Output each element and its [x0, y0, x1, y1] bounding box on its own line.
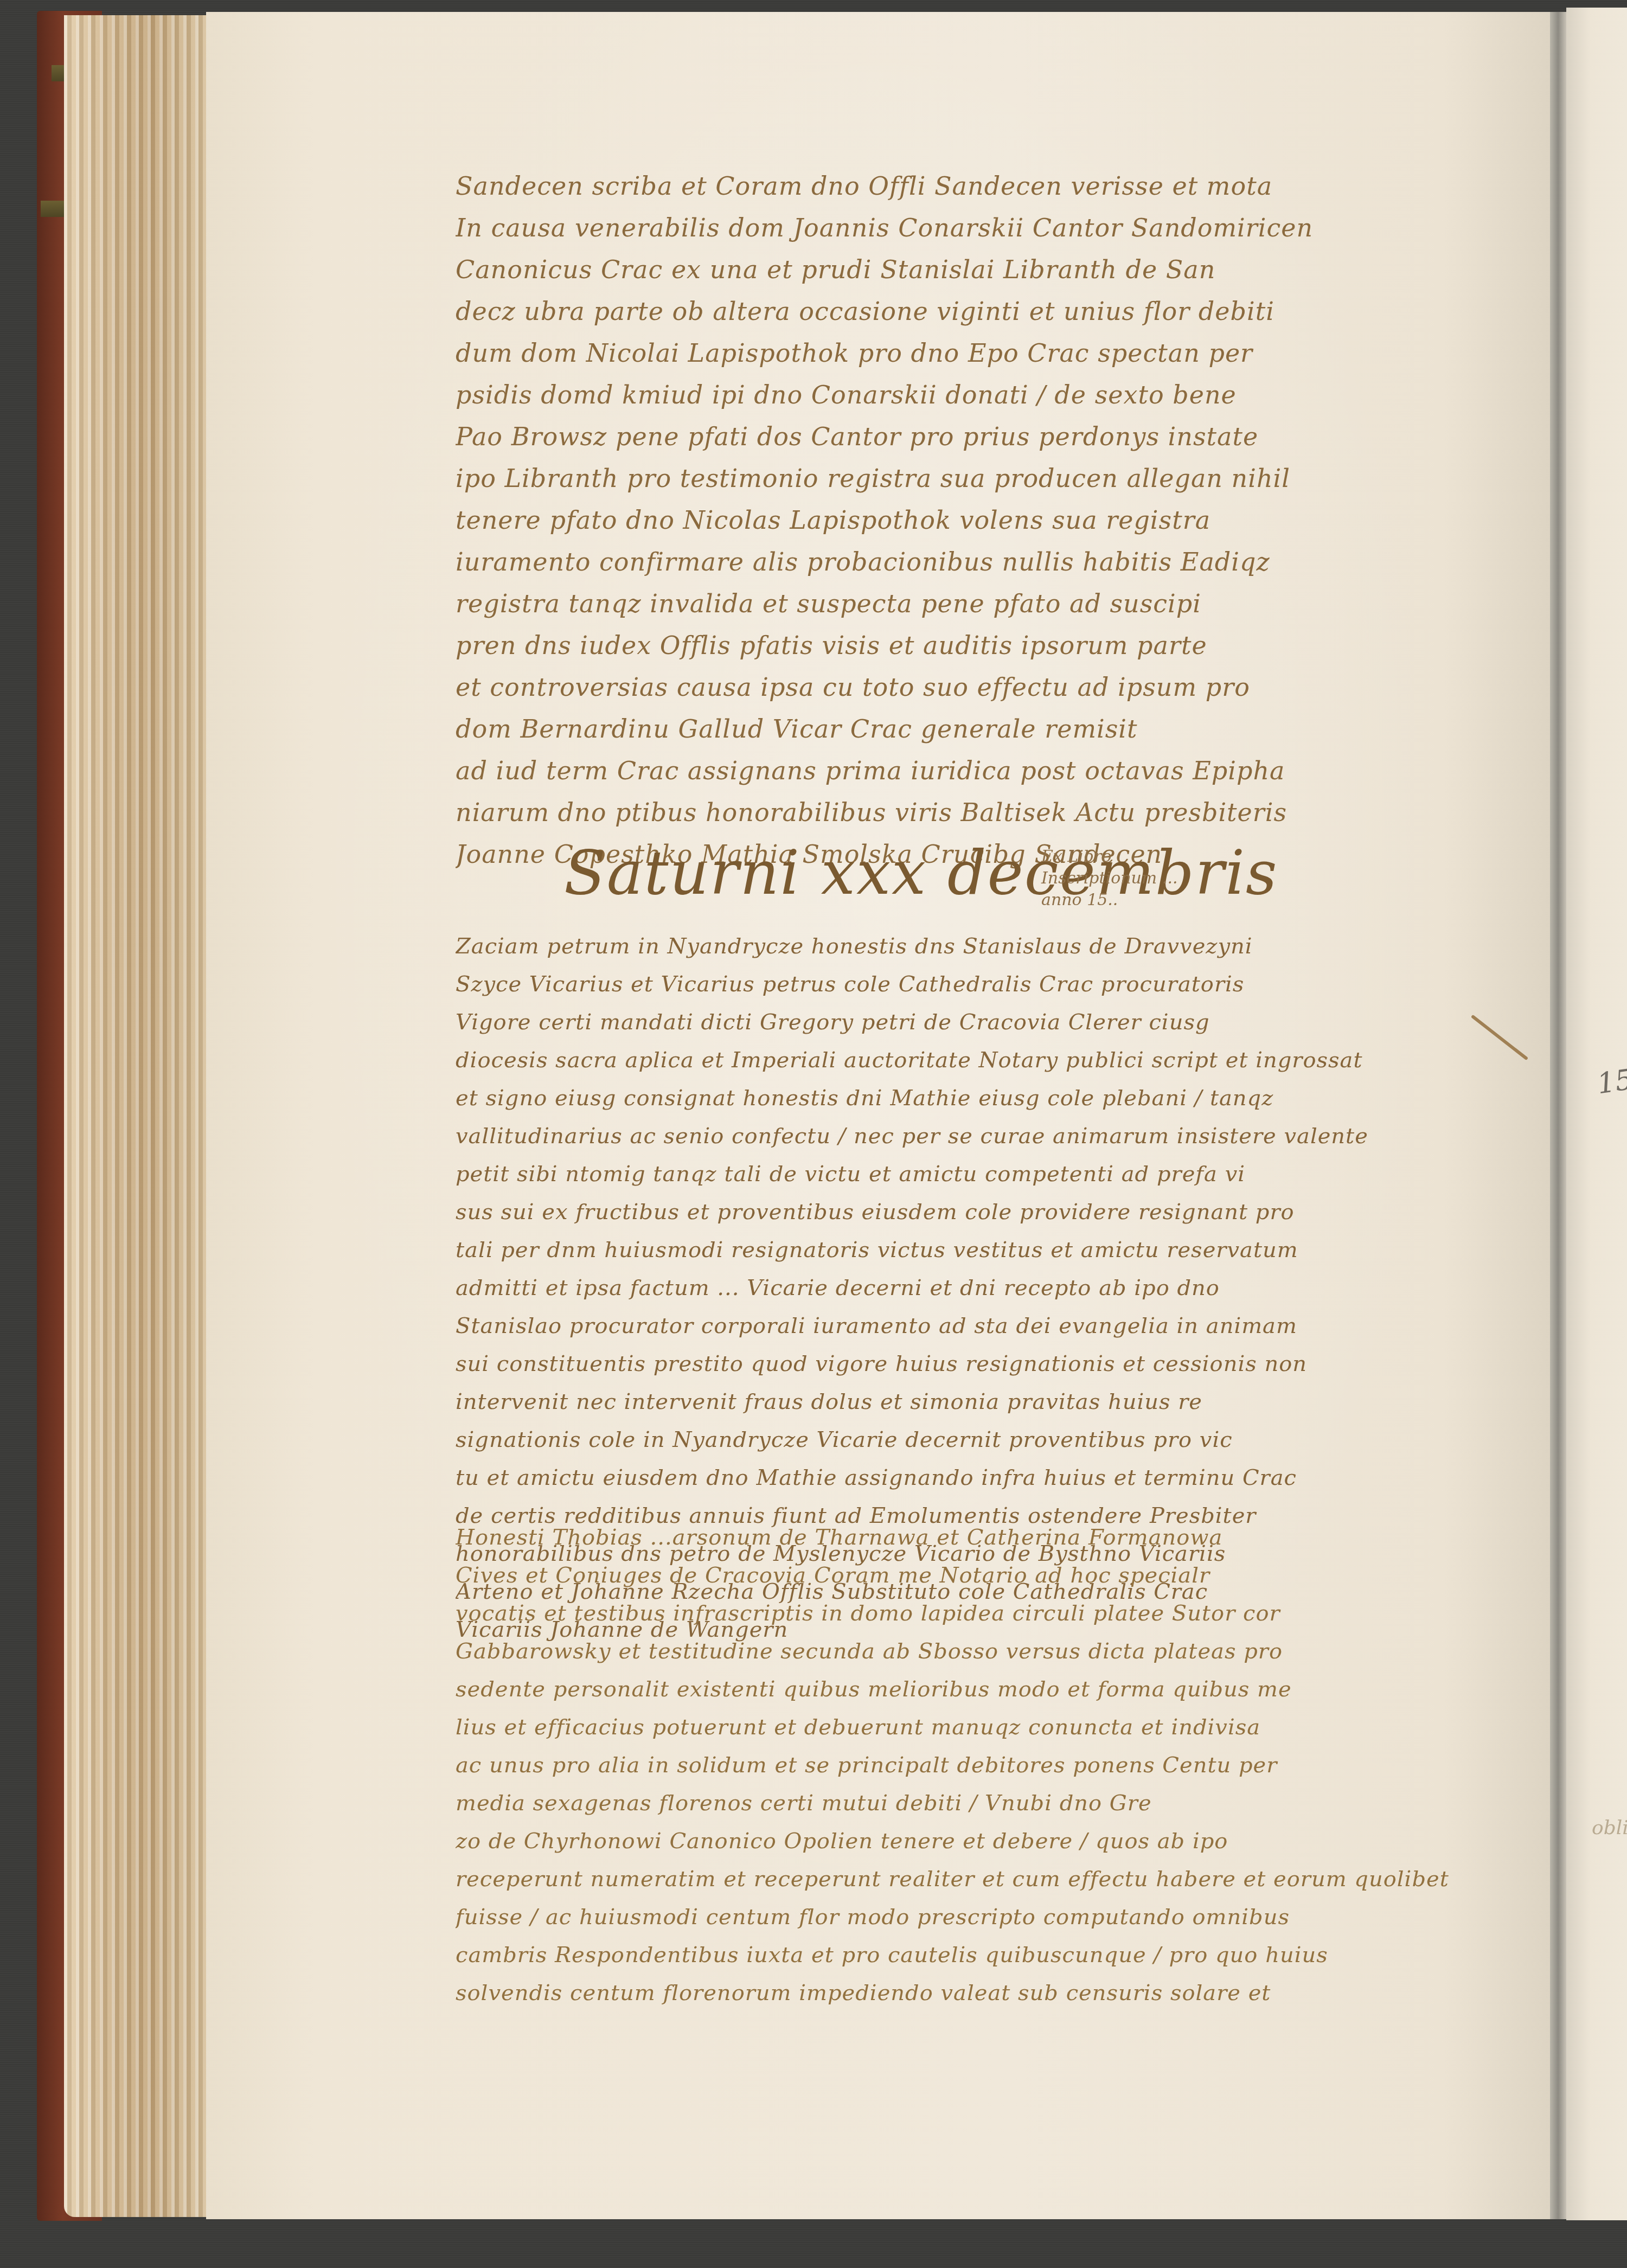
- text-line: Cives et Coniuges de Cracovia Coram me N…: [456, 1556, 1475, 1594]
- text-line: pren dns iudex Offlis pfatis visis et au…: [456, 625, 1475, 667]
- text-line: cambris Respondentibus iuxta et pro caut…: [456, 1936, 1475, 1974]
- text-line: tenere pfato dno Nicolas Lapispothok vol…: [456, 499, 1475, 541]
- text-line: niarum dno ptibus honorabilibus viris Ba…: [456, 792, 1475, 834]
- text-line: Vigore certi mandati dicti Gregory petri…: [456, 1003, 1475, 1041]
- text-line: registra tanqz invalida et suspecta pene…: [456, 583, 1475, 625]
- text-line: receperunt numeratim et receperunt reali…: [456, 1860, 1475, 1898]
- text-line: tu et amictu eiusdem dno Mathie assignan…: [456, 1459, 1475, 1497]
- text-line: et controversias causa ipsa cu toto suo …: [456, 667, 1475, 708]
- text-line: psidis domd kmiud ipi dno Conarskii dona…: [456, 374, 1475, 416]
- text-line: iuramento confirmare alis probacionibus …: [456, 541, 1475, 583]
- margin-note: Ex Libro Inscriptionum ... anno 15..: [1041, 846, 1215, 911]
- text-line: Szyce Vicarius et Vicarius petrus cole C…: [456, 965, 1475, 1003]
- text-line: Stanislao procurator corporali iuramento…: [456, 1307, 1475, 1345]
- text-line: In causa venerabilis dom Joannis Conarsk…: [456, 207, 1475, 249]
- text-block-3: Honesti Thobias ...arsonum de Tharnawa e…: [456, 1519, 1475, 2012]
- text-line: et signo eiusg consignat honestis dni Ma…: [456, 1079, 1475, 1117]
- text-line: signationis cole in Nyandrycze Vicarie d…: [456, 1421, 1475, 1459]
- text-line: ac unus pro alia in solidum et se princi…: [456, 1746, 1475, 1784]
- text-line: sedente personalit existenti quibus meli…: [456, 1670, 1475, 1708]
- text-line: Honesti Thobias ...arsonum de Tharnawa e…: [456, 1519, 1475, 1556]
- text-line: media sexagenas florenos certi mutui deb…: [456, 1784, 1475, 1822]
- text-line: ipo Libranth pro testimonio registra sua…: [456, 458, 1475, 499]
- text-line: sus sui ex fructibus et proventibus eius…: [456, 1193, 1475, 1231]
- text-line: Gabbarowsky et testitudine secunda ab Sb…: [456, 1632, 1475, 1670]
- text-line: diocesis sacra aplica et Imperiali aucto…: [456, 1041, 1475, 1079]
- text-line: vocatis et testibus infrascriptis in dom…: [456, 1594, 1475, 1632]
- text-line: Canonicus Crac ex una et prudi Stanislai…: [456, 249, 1475, 291]
- text-block-1: Sandecen scriba et Coram dno Offli Sande…: [456, 165, 1475, 875]
- text-line: dum dom Nicolai Lapispothok pro dno Epo …: [456, 332, 1475, 374]
- text-line: ad iud term Crac assignans prima iuridic…: [456, 750, 1475, 792]
- text-line: intervenit nec intervenit fraus dolus et…: [456, 1383, 1475, 1421]
- text-line: decz ubra parte ob altera occasione vigi…: [456, 291, 1475, 332]
- folio-number: 15: [1595, 1063, 1627, 1101]
- text-line: Sandecen scriba et Coram dno Offli Sande…: [456, 165, 1475, 207]
- text-line: fuisse / ac huiusmodi centum flor modo p…: [456, 1898, 1475, 1936]
- text-line: vallitudinarius ac senio confectu / nec …: [456, 1117, 1475, 1155]
- text-line: solvendis centum florenorum impediendo v…: [456, 1974, 1475, 2012]
- book-gutter: [1550, 12, 1566, 2219]
- page-edges: [64, 15, 210, 2217]
- text-line: Zaciam petrum in Nyandrycze honestis dns…: [456, 927, 1475, 965]
- text-line: petit sibi ntomig tanqz tali de victu et…: [456, 1155, 1475, 1193]
- text-line: sui constituentis prestito quod vigore h…: [456, 1345, 1475, 1383]
- facing-page: [1566, 8, 1627, 2220]
- text-line: lius et efficacius potuerunt et debuerun…: [456, 1708, 1475, 1746]
- text-line: admitti et ipsa factum ... Vicarie decer…: [456, 1269, 1475, 1307]
- text-line: Pao Browsz pene pfati dos Cantor pro pri…: [456, 416, 1475, 458]
- text-line: tali per dnm huiusmodi resignatoris vict…: [456, 1231, 1475, 1269]
- text-line: dom Bernardinu Gallud Vicar Crac general…: [456, 708, 1475, 750]
- text-line: zo de Chyrhonowi Canonico Opolien tenere…: [456, 1822, 1475, 1860]
- facing-page-note: obligan: [1592, 1817, 1627, 1839]
